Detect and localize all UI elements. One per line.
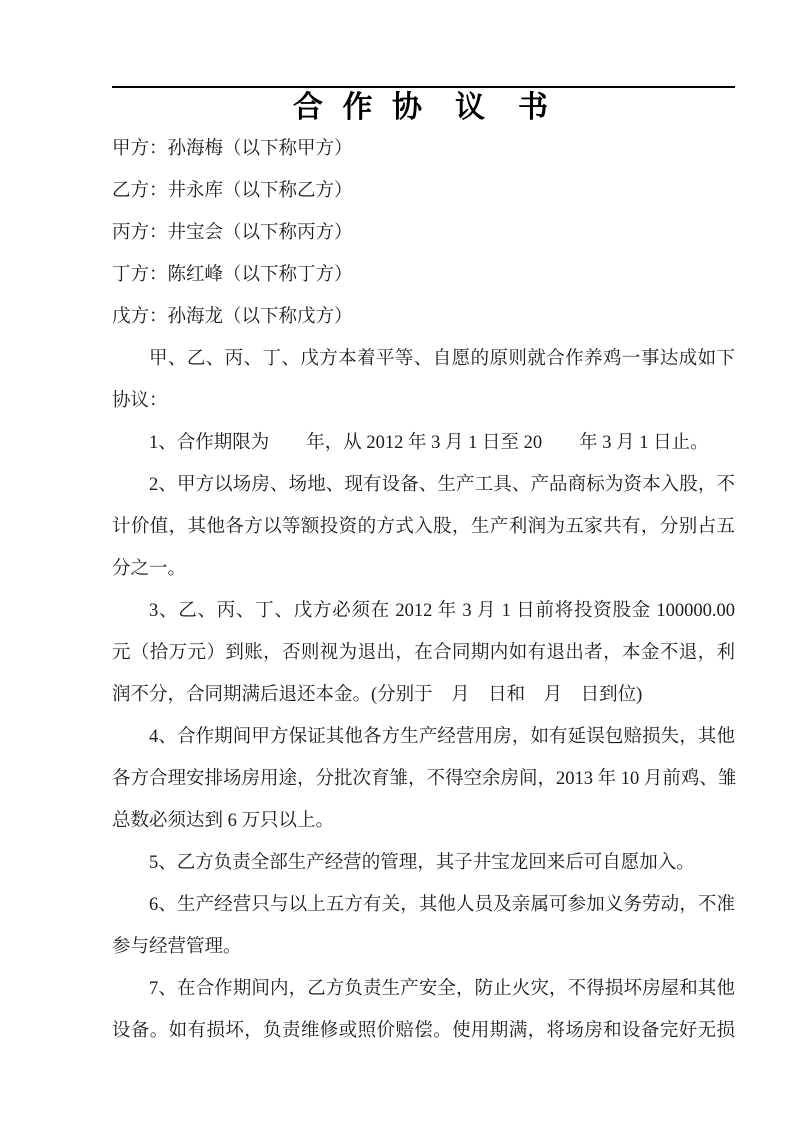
text-line: 4、合作期间甲方保证其他各方生产经营用房，如有延误包赔损失，其他 [112,716,735,758]
paragraph: 6、生产经营只与以上五方有关，其他人员及亲属可参加义务劳动，不准参与经营管理。 [112,884,735,968]
paragraph: 5、乙方负责全部生产经营的管理，其子井宝龙回来后可自愿加入。 [112,842,735,884]
text-line: 协议： [112,380,735,422]
text-line: 计价值，其他各方以等额投资的方式入股，生产利润为五家共有，分别占五 [112,506,735,548]
text-line: 各方合理安排场房用途，分批次育雏，不得空余房间，2013 年 10 月前鸡、雏 [112,758,735,800]
text-line: 元（拾万元）到账，否则视为退出，在合同期内如有退出者，本金不退，利 [112,632,735,674]
clauses-list: 甲、乙、丙、丁、戊方本着平等、自愿的原则就合作养鸡一事达成如下协议：1、合作期限… [112,338,735,1052]
text-line: 6、生产经营只与以上五方有关，其他人员及亲属可参加义务劳动，不准 [112,884,735,926]
paragraph: 1、合作期限为 年，从 2012 年 3 月 1 日至 20 年 3 月 1 日… [112,422,735,464]
text-line: 5、乙方负责全部生产经营的管理，其子井宝龙回来后可自愿加入。 [112,842,735,884]
party-line: 乙方：井永库（以下称乙方） [112,170,735,212]
document-title: 合 作 协 议 书 [112,88,735,128]
text-line: 2、甲方以场房、场地、现有设备、生产工具、产品商标为资本入股，不 [112,464,735,506]
text-line: 润不分，合同期满后退还本金。(分别于 月 日和 月 日到位) [112,674,735,716]
text-line: 总数必须达到 6 万只以上。 [112,800,735,842]
paragraph: 3、乙、丙、丁、戊方必须在 2012 年 3 月 1 日前将投资股金 10000… [112,590,735,716]
text-line: 甲、乙、丙、丁、戊方本着平等、自愿的原则就合作养鸡一事达成如下 [112,338,735,380]
parties-list: 甲方：孙海梅（以下称甲方）乙方：井永库（以下称乙方）丙方：井宝会（以下称丙方）丁… [112,128,735,338]
party-line: 丁方：陈红峰（以下称丁方） [112,254,735,296]
text-line: 1、合作期限为 年，从 2012 年 3 月 1 日至 20 年 3 月 1 日… [112,422,735,464]
paragraph: 甲、乙、丙、丁、戊方本着平等、自愿的原则就合作养鸡一事达成如下协议： [112,338,735,422]
document-body: 甲方：孙海梅（以下称甲方）乙方：井永库（以下称乙方）丙方：井宝会（以下称丙方）丁… [112,128,735,1052]
paragraph: 7、在合作期间内，乙方负责生产安全，防止火灾，不得损坏房屋和其他设备。如有损坏，… [112,968,735,1052]
paragraph: 4、合作期间甲方保证其他各方生产经营用房，如有延误包赔损失，其他各方合理安排场房… [112,716,735,842]
text-line: 设备。如有损坏，负责维修或照价赔偿。使用期满，将场房和设备完好无损 [112,1010,735,1052]
text-line: 3、乙、丙、丁、戊方必须在 2012 年 3 月 1 日前将投资股金 10000… [112,590,735,632]
party-line: 甲方：孙海梅（以下称甲方） [112,128,735,170]
text-line: 参与经营管理。 [112,926,735,968]
text-line: 分之一。 [112,548,735,590]
paragraph: 2、甲方以场房、场地、现有设备、生产工具、产品商标为资本入股，不计价值，其他各方… [112,464,735,590]
text-line: 7、在合作期间内，乙方负责生产安全，防止火灾，不得损坏房屋和其他 [112,968,735,1010]
party-line: 戊方：孙海龙（以下称戊方） [112,296,735,338]
document-page: 合 作 协 议 书 甲方：孙海梅（以下称甲方）乙方：井永库（以下称乙方）丙方：井… [0,0,793,1122]
party-line: 丙方：井宝会（以下称丙方） [112,212,735,254]
